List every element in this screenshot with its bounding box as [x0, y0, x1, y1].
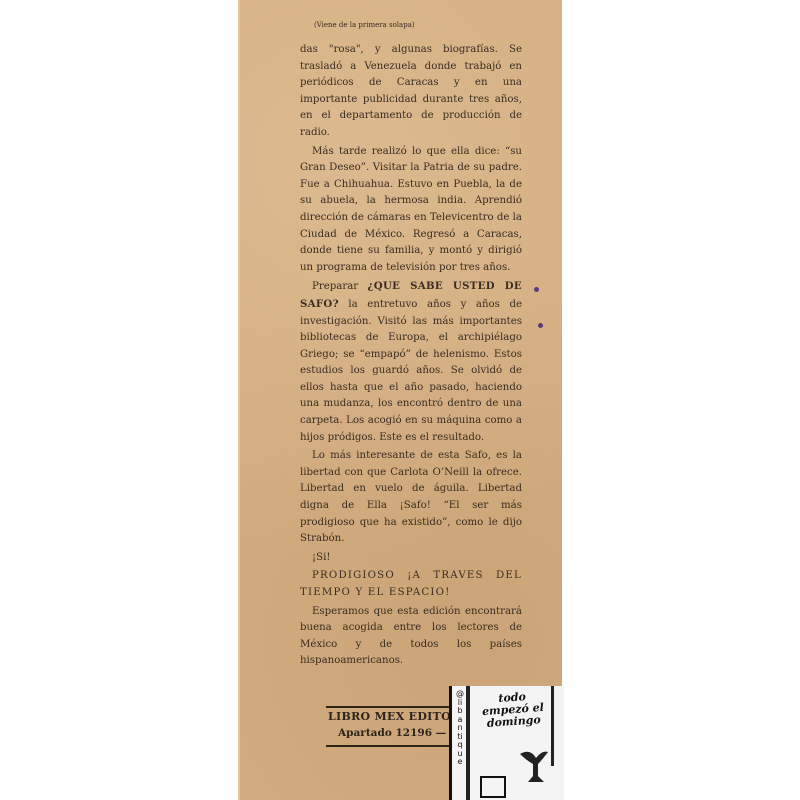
paragraph-3-lead: Preparar: [312, 281, 368, 292]
paragraph-7: Esperamos que esta edición encontrará bu…: [300, 604, 522, 670]
paragraph-3-rest: la entretuvo años y años de investigació…: [300, 299, 522, 443]
ink-stain: [534, 287, 539, 292]
thumbnail-pillar: [466, 686, 470, 800]
continuation-note: (Viene de la primera solapa): [314, 21, 415, 29]
publisher-name: LIBRO MEX EDITOR: [328, 710, 460, 723]
paragraph-5: ¡Si!: [300, 550, 522, 567]
thumbnail-emblem: [480, 776, 506, 798]
book-flap-page: (Viene de la primera solapa) das "rosa",…: [238, 0, 562, 800]
paragraph-2: Más tarde realizó lo que ella dice: “su …: [300, 144, 522, 277]
thumbnail-right-pillar: [551, 686, 554, 766]
paragraph-1: das "rosa", y algunas biografías. Se tra…: [300, 42, 522, 142]
paragraph-6: PRODIGIOSO ¡A TRAVES DEL TIEMPO Y EL ESP…: [300, 568, 522, 601]
cover-thumbnail[interactable]: @libantique todo empezó el domingo: [449, 686, 564, 800]
ink-stain: [538, 323, 543, 328]
paragraph-3: Preparar ¿QUE SABE USTED DE SAFO? la ent…: [300, 278, 522, 446]
eagle-statue-icon: [518, 746, 548, 786]
publisher-address: Apartado 12196 — M: [338, 727, 461, 739]
thumbnail-title: todo empezó el domingo: [473, 689, 553, 730]
watermark-text: @libantique: [456, 690, 464, 767]
flap-body-text: das "rosa", y algunas biografías. Se tra…: [300, 42, 522, 672]
paragraph-4: Lo más interesante de esta Safo, es la l…: [300, 448, 522, 548]
